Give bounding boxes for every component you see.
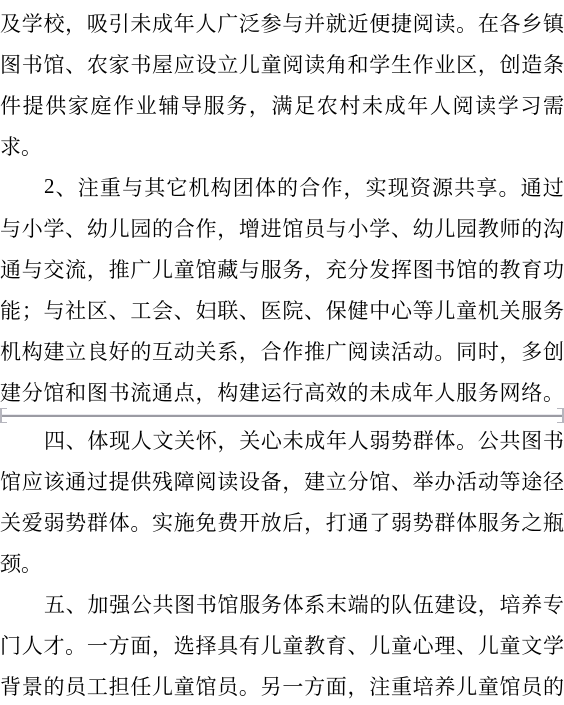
char: 了 bbox=[369, 507, 390, 537]
char: 注 bbox=[78, 172, 99, 202]
char: 工 bbox=[130, 295, 151, 325]
char: 活 bbox=[456, 466, 477, 496]
char: 师 bbox=[500, 213, 521, 243]
char: 通 bbox=[152, 377, 173, 407]
char: 现 bbox=[109, 425, 130, 455]
char: 人 bbox=[434, 377, 455, 407]
char: 与 bbox=[22, 254, 43, 284]
char: 足 bbox=[294, 90, 315, 120]
char: 的 bbox=[277, 172, 298, 202]
char: 童 bbox=[174, 671, 195, 701]
char: 具 bbox=[217, 630, 238, 660]
char: 关 bbox=[0, 507, 21, 537]
char: 体 bbox=[434, 425, 455, 455]
char: ， bbox=[152, 630, 173, 660]
char: 建 bbox=[434, 589, 455, 619]
char: 构 bbox=[22, 336, 43, 366]
char: 爱 bbox=[22, 507, 43, 537]
char: 势 bbox=[65, 507, 86, 537]
char: 屋 bbox=[152, 49, 173, 79]
char: 人 bbox=[348, 425, 369, 455]
char: 读 bbox=[304, 49, 325, 79]
char: 童 bbox=[174, 254, 195, 284]
char: 专 bbox=[543, 589, 564, 619]
char: 流 bbox=[65, 254, 86, 284]
char: 馆 bbox=[369, 466, 390, 496]
char: 与 bbox=[326, 213, 347, 243]
char: 条 bbox=[543, 49, 564, 79]
char: 、 bbox=[66, 589, 87, 619]
char: 幼 bbox=[413, 213, 434, 243]
char: 农 bbox=[87, 49, 108, 79]
char: 建 bbox=[304, 466, 325, 496]
char: 、 bbox=[456, 630, 477, 660]
char: 行 bbox=[282, 377, 303, 407]
char: 背 bbox=[0, 671, 21, 701]
char: 点 bbox=[174, 377, 195, 407]
char: 、 bbox=[348, 630, 369, 660]
char: ， bbox=[304, 254, 325, 284]
char: 方 bbox=[304, 671, 325, 701]
char: 馆 bbox=[195, 671, 216, 701]
char: 体 bbox=[456, 507, 477, 537]
char: 四 bbox=[44, 425, 65, 455]
char: 图 bbox=[87, 377, 108, 407]
char: 一 bbox=[87, 630, 108, 660]
text-line: 能；与社区、工会、妇联、医院、保健中心等儿童机关服务 bbox=[0, 289, 564, 330]
char: ， bbox=[282, 466, 303, 496]
char: 村 bbox=[339, 90, 360, 120]
char: 的 bbox=[521, 213, 542, 243]
char: 施 bbox=[174, 507, 195, 537]
char: 立 bbox=[65, 336, 86, 366]
char: 充 bbox=[326, 254, 347, 284]
char: 馆 bbox=[43, 377, 64, 407]
char: 未 bbox=[130, 8, 151, 38]
char: 网 bbox=[500, 377, 521, 407]
char: 年 bbox=[413, 377, 434, 407]
char: 未 bbox=[362, 90, 383, 120]
char: 读 bbox=[475, 90, 496, 120]
char: 能 bbox=[0, 295, 21, 325]
char: 、 bbox=[391, 466, 412, 496]
char: 构 bbox=[217, 377, 238, 407]
char: 心 bbox=[261, 425, 282, 455]
char: 、 bbox=[174, 295, 195, 325]
char: 提 bbox=[109, 466, 130, 496]
char: 体 bbox=[255, 172, 276, 202]
char: 成 bbox=[152, 8, 173, 38]
char: 通 bbox=[0, 254, 21, 284]
page-break-divider bbox=[0, 412, 564, 419]
char: 实 bbox=[152, 507, 173, 537]
char: 功 bbox=[543, 254, 564, 284]
char: 队 bbox=[391, 589, 412, 619]
char: 教 bbox=[304, 630, 325, 660]
char: 现 bbox=[388, 172, 409, 202]
char: 保 bbox=[326, 295, 347, 325]
char: 书 bbox=[196, 589, 217, 619]
char: 群 bbox=[434, 507, 455, 537]
char: 阅 bbox=[413, 8, 434, 38]
char: 关 bbox=[500, 295, 521, 325]
char: 文 bbox=[152, 425, 173, 455]
char: 增 bbox=[239, 213, 260, 243]
text-line: 门人才。一方面，选择具有儿童教育、儿童心理、儿童文学 bbox=[0, 624, 564, 665]
char: 乡 bbox=[521, 8, 542, 38]
char: 分 bbox=[348, 254, 369, 284]
char: ， bbox=[348, 671, 369, 701]
char: ， bbox=[217, 213, 238, 243]
char: 、 bbox=[66, 425, 87, 455]
char: 中 bbox=[369, 295, 390, 325]
char: 员 bbox=[304, 213, 325, 243]
char: 重 bbox=[100, 172, 121, 202]
char: 区 bbox=[87, 295, 108, 325]
char: 良 bbox=[87, 336, 108, 366]
char: 捷 bbox=[391, 8, 412, 38]
char: 习 bbox=[520, 90, 541, 120]
char: 务 bbox=[478, 377, 499, 407]
char: 读 bbox=[217, 466, 238, 496]
char: 与 bbox=[0, 213, 21, 243]
char: 怀 bbox=[196, 425, 217, 455]
document-page: { "document": { "background": "#ffffff",… bbox=[0, 0, 564, 705]
char: 挥 bbox=[391, 254, 412, 284]
char: 服 bbox=[261, 254, 282, 284]
char: 儿 bbox=[456, 671, 477, 701]
char: 、 bbox=[65, 49, 86, 79]
char: 儿 bbox=[152, 671, 173, 701]
char: 。 bbox=[65, 630, 86, 660]
char: 和 bbox=[65, 377, 86, 407]
char: 院 bbox=[282, 295, 303, 325]
char: 五 bbox=[44, 589, 65, 619]
char: 及 bbox=[0, 8, 21, 38]
text-line: 馆应该通过提供残障阅读设备，建立分馆、举办活动等途径 bbox=[0, 460, 564, 501]
char: 妇 bbox=[195, 295, 216, 325]
char: 选 bbox=[174, 630, 195, 660]
char: 儿 bbox=[434, 213, 455, 243]
char: 设 bbox=[239, 466, 260, 496]
char: 高 bbox=[304, 377, 325, 407]
char: 镇 bbox=[543, 8, 564, 38]
char: 途 bbox=[521, 466, 542, 496]
char: 其 bbox=[144, 172, 165, 202]
char: 与 bbox=[239, 254, 260, 284]
char: 馆 bbox=[456, 254, 477, 284]
char: 合 bbox=[261, 336, 282, 366]
char: 成 bbox=[385, 90, 406, 120]
char: 务 bbox=[226, 90, 247, 120]
char: 业 bbox=[136, 90, 157, 120]
char: 。 bbox=[130, 507, 151, 537]
char: 养 bbox=[521, 589, 542, 619]
char: 的 bbox=[130, 336, 151, 366]
char: 儿 bbox=[369, 630, 390, 660]
char: 泛 bbox=[239, 8, 260, 38]
char: 动 bbox=[478, 466, 499, 496]
char: 人 bbox=[430, 90, 451, 120]
char: 人 bbox=[131, 425, 152, 455]
char: 立 bbox=[217, 49, 238, 79]
char: 之 bbox=[521, 507, 542, 537]
char: 馆 bbox=[43, 49, 64, 79]
char: 它 bbox=[166, 172, 187, 202]
char: 藏 bbox=[217, 254, 238, 284]
char: 、 bbox=[56, 172, 77, 202]
char: 学 bbox=[498, 90, 519, 120]
char: ， bbox=[65, 8, 86, 38]
char: 童 bbox=[282, 630, 303, 660]
char: 医 bbox=[261, 295, 282, 325]
document-content: 及学校，吸引未成年人广泛参与并就近便捷阅读。在各乡镇图书馆、农家书屋应设立儿童阅… bbox=[0, 0, 564, 705]
text-line: 背景的员工担任儿童馆员。另一方面，注重培养儿童馆员的 bbox=[0, 665, 564, 705]
char: 机 bbox=[478, 295, 499, 325]
char: 并 bbox=[304, 8, 325, 38]
char: 费 bbox=[217, 507, 238, 537]
char: 建 bbox=[0, 377, 21, 407]
char: 备 bbox=[261, 466, 282, 496]
char: 育 bbox=[326, 630, 347, 660]
char: 培 bbox=[413, 671, 434, 701]
char: ， bbox=[343, 172, 364, 202]
char: 未 bbox=[369, 377, 390, 407]
char: 服 bbox=[521, 295, 542, 325]
char: 创 bbox=[500, 49, 521, 79]
char: 资 bbox=[410, 172, 431, 202]
char: 健 bbox=[348, 295, 369, 325]
char: 学 bbox=[43, 213, 64, 243]
char: 服 bbox=[456, 377, 477, 407]
char: 弱 bbox=[391, 507, 412, 537]
char: 图 bbox=[174, 589, 195, 619]
char: 建 bbox=[239, 377, 260, 407]
char: 业 bbox=[434, 49, 455, 79]
char: 农 bbox=[317, 90, 338, 120]
char: 育 bbox=[521, 254, 542, 284]
char: 合 bbox=[299, 172, 320, 202]
char: 关 bbox=[174, 425, 195, 455]
char: 图 bbox=[413, 254, 434, 284]
page-break-left-bracket-icon bbox=[0, 408, 7, 423]
char: 书 bbox=[109, 377, 130, 407]
char: 的 bbox=[43, 671, 64, 701]
char: 弱 bbox=[369, 425, 390, 455]
char: 在 bbox=[478, 8, 499, 38]
char: 校 bbox=[43, 8, 64, 38]
char: 务 bbox=[261, 589, 282, 619]
char: 动 bbox=[413, 336, 434, 366]
char: 童 bbox=[391, 630, 412, 660]
char: 络 bbox=[521, 377, 542, 407]
char: 群 bbox=[413, 425, 434, 455]
char: 的 bbox=[348, 377, 369, 407]
char: 作 bbox=[282, 336, 303, 366]
char: 过 bbox=[87, 466, 108, 496]
char: 作 bbox=[413, 49, 434, 79]
char: 另 bbox=[261, 671, 282, 701]
char: 人 bbox=[195, 8, 216, 38]
char: 进 bbox=[261, 213, 282, 243]
char: 应 bbox=[174, 49, 195, 79]
char: 吸 bbox=[87, 8, 108, 38]
char: 分 bbox=[22, 377, 43, 407]
char: 体 bbox=[283, 589, 304, 619]
char: 务 bbox=[500, 507, 521, 537]
char: 理 bbox=[434, 630, 455, 660]
page-2-text: 四、体现人文关怀，关心未成年人弱势群体。公共图书馆应该通过提供残障阅读设备，建立… bbox=[0, 419, 564, 705]
char: 。 bbox=[498, 172, 519, 202]
char: 工 bbox=[87, 671, 108, 701]
char: 作 bbox=[113, 90, 134, 120]
char: 作 bbox=[321, 172, 342, 202]
char: 办 bbox=[434, 466, 455, 496]
char: 互 bbox=[152, 336, 173, 366]
char: ， bbox=[304, 507, 325, 537]
char: 关 bbox=[239, 425, 260, 455]
char: 共 bbox=[152, 589, 173, 619]
text-line: 与小学、幼儿园的合作，增进馆员与小学、幼儿园教师的沟 bbox=[0, 207, 564, 248]
char: 面 bbox=[130, 630, 151, 660]
char: 小 bbox=[22, 213, 43, 243]
char: 儿 bbox=[434, 295, 455, 325]
char: 便 bbox=[369, 8, 390, 38]
char: 开 bbox=[239, 507, 260, 537]
char: 图 bbox=[0, 49, 21, 79]
char: 小 bbox=[348, 213, 369, 243]
char: 作 bbox=[195, 213, 216, 243]
char: 文 bbox=[521, 630, 542, 660]
char: 学 bbox=[369, 213, 390, 243]
char: 人 bbox=[22, 630, 43, 660]
char: 员 bbox=[521, 671, 542, 701]
char: 有 bbox=[239, 630, 260, 660]
char: 各 bbox=[500, 8, 521, 38]
char: 员 bbox=[217, 671, 238, 701]
char: 联 bbox=[217, 295, 238, 325]
char: 活 bbox=[391, 336, 412, 366]
text-line: 图书馆、农家书屋应设立儿童阅读角和学生作业区，创造条 bbox=[0, 43, 564, 84]
char: 推 bbox=[304, 336, 325, 366]
char: ， bbox=[195, 377, 216, 407]
char: 满 bbox=[272, 90, 293, 120]
char: 。 bbox=[543, 377, 564, 407]
char: 件 bbox=[0, 90, 21, 120]
char: 提 bbox=[23, 90, 44, 120]
char: 儿 bbox=[261, 630, 282, 660]
char: 2 bbox=[44, 174, 55, 199]
char: 与 bbox=[282, 8, 303, 38]
char: 阅 bbox=[282, 49, 303, 79]
char: 阅 bbox=[348, 336, 369, 366]
char: 团 bbox=[233, 172, 254, 202]
char: 。 bbox=[434, 336, 455, 366]
char: ， bbox=[87, 254, 108, 284]
char: 效 bbox=[326, 377, 347, 407]
text-line: 机构建立良好的互动关系，合作推广阅读活动。同时，多创 bbox=[0, 330, 564, 371]
char: ， bbox=[478, 49, 499, 79]
char: 教 bbox=[500, 254, 521, 284]
char: 馆 bbox=[500, 671, 521, 701]
char: 伍 bbox=[413, 589, 434, 619]
char: 教 bbox=[478, 213, 499, 243]
char: 年 bbox=[174, 8, 195, 38]
char: 广 bbox=[130, 254, 151, 284]
char: 会 bbox=[152, 295, 173, 325]
char: 景 bbox=[22, 671, 43, 701]
char: 书 bbox=[434, 254, 455, 284]
char: 培 bbox=[499, 589, 520, 619]
char: 系 bbox=[217, 336, 238, 366]
char: 学 bbox=[543, 630, 564, 660]
text-line: 及学校，吸引未成年人广泛参与并就近便捷阅读。在各乡镇 bbox=[0, 2, 564, 43]
char: 广 bbox=[326, 336, 347, 366]
char: 实 bbox=[366, 172, 387, 202]
char: 通 bbox=[521, 172, 542, 202]
char: 障 bbox=[174, 466, 195, 496]
char: 童 bbox=[478, 671, 499, 701]
char: 势 bbox=[413, 507, 434, 537]
char: 体 bbox=[109, 507, 130, 537]
char: 需 bbox=[543, 90, 564, 120]
char: 服 bbox=[239, 589, 260, 619]
char: 共 bbox=[454, 172, 475, 202]
char: 同 bbox=[456, 336, 477, 366]
char: 。 bbox=[456, 425, 477, 455]
char: 注 bbox=[369, 671, 390, 701]
char: 馆 bbox=[282, 213, 303, 243]
char: 该 bbox=[43, 466, 64, 496]
char: 、 bbox=[391, 213, 412, 243]
char: 馆 bbox=[0, 466, 21, 496]
page-break-line bbox=[0, 414, 564, 417]
char: 广 bbox=[217, 8, 238, 38]
page-1-text: 及学校，吸引未成年人广泛参与并就近便捷阅读。在各乡镇图书馆、农家书屋应设立儿童阅… bbox=[0, 0, 564, 412]
char: 系 bbox=[304, 589, 325, 619]
char: 馆 bbox=[218, 589, 239, 619]
char: 馆 bbox=[195, 254, 216, 284]
char: 辅 bbox=[158, 90, 179, 120]
char: 群 bbox=[87, 507, 108, 537]
char: 员 bbox=[65, 671, 86, 701]
text-line: 2、注重与其它机构团体的合作，实现资源共享。通过 bbox=[0, 166, 564, 207]
char: 幼 bbox=[87, 213, 108, 243]
char: 合 bbox=[174, 213, 195, 243]
char: 童 bbox=[261, 49, 282, 79]
char: 方 bbox=[109, 630, 130, 660]
char: 成 bbox=[391, 377, 412, 407]
char: 等 bbox=[413, 295, 434, 325]
char: 免 bbox=[195, 507, 216, 537]
char: 加 bbox=[87, 589, 108, 619]
char: 通 bbox=[348, 507, 369, 537]
char: 好 bbox=[109, 336, 130, 366]
char: 残 bbox=[152, 466, 173, 496]
char: 近 bbox=[348, 8, 369, 38]
char: 的 bbox=[543, 671, 564, 701]
char: 读 bbox=[369, 336, 390, 366]
char: 面 bbox=[326, 671, 347, 701]
char: 择 bbox=[195, 630, 216, 660]
char: 成 bbox=[304, 425, 325, 455]
text-line: 五、加强公共图书馆服务体系末端的队伍建设，培养专 bbox=[0, 583, 564, 624]
char: 构 bbox=[211, 172, 232, 202]
char: 与 bbox=[122, 172, 143, 202]
char: 弱 bbox=[43, 507, 64, 537]
char: 图 bbox=[521, 425, 542, 455]
char: 与 bbox=[43, 295, 64, 325]
